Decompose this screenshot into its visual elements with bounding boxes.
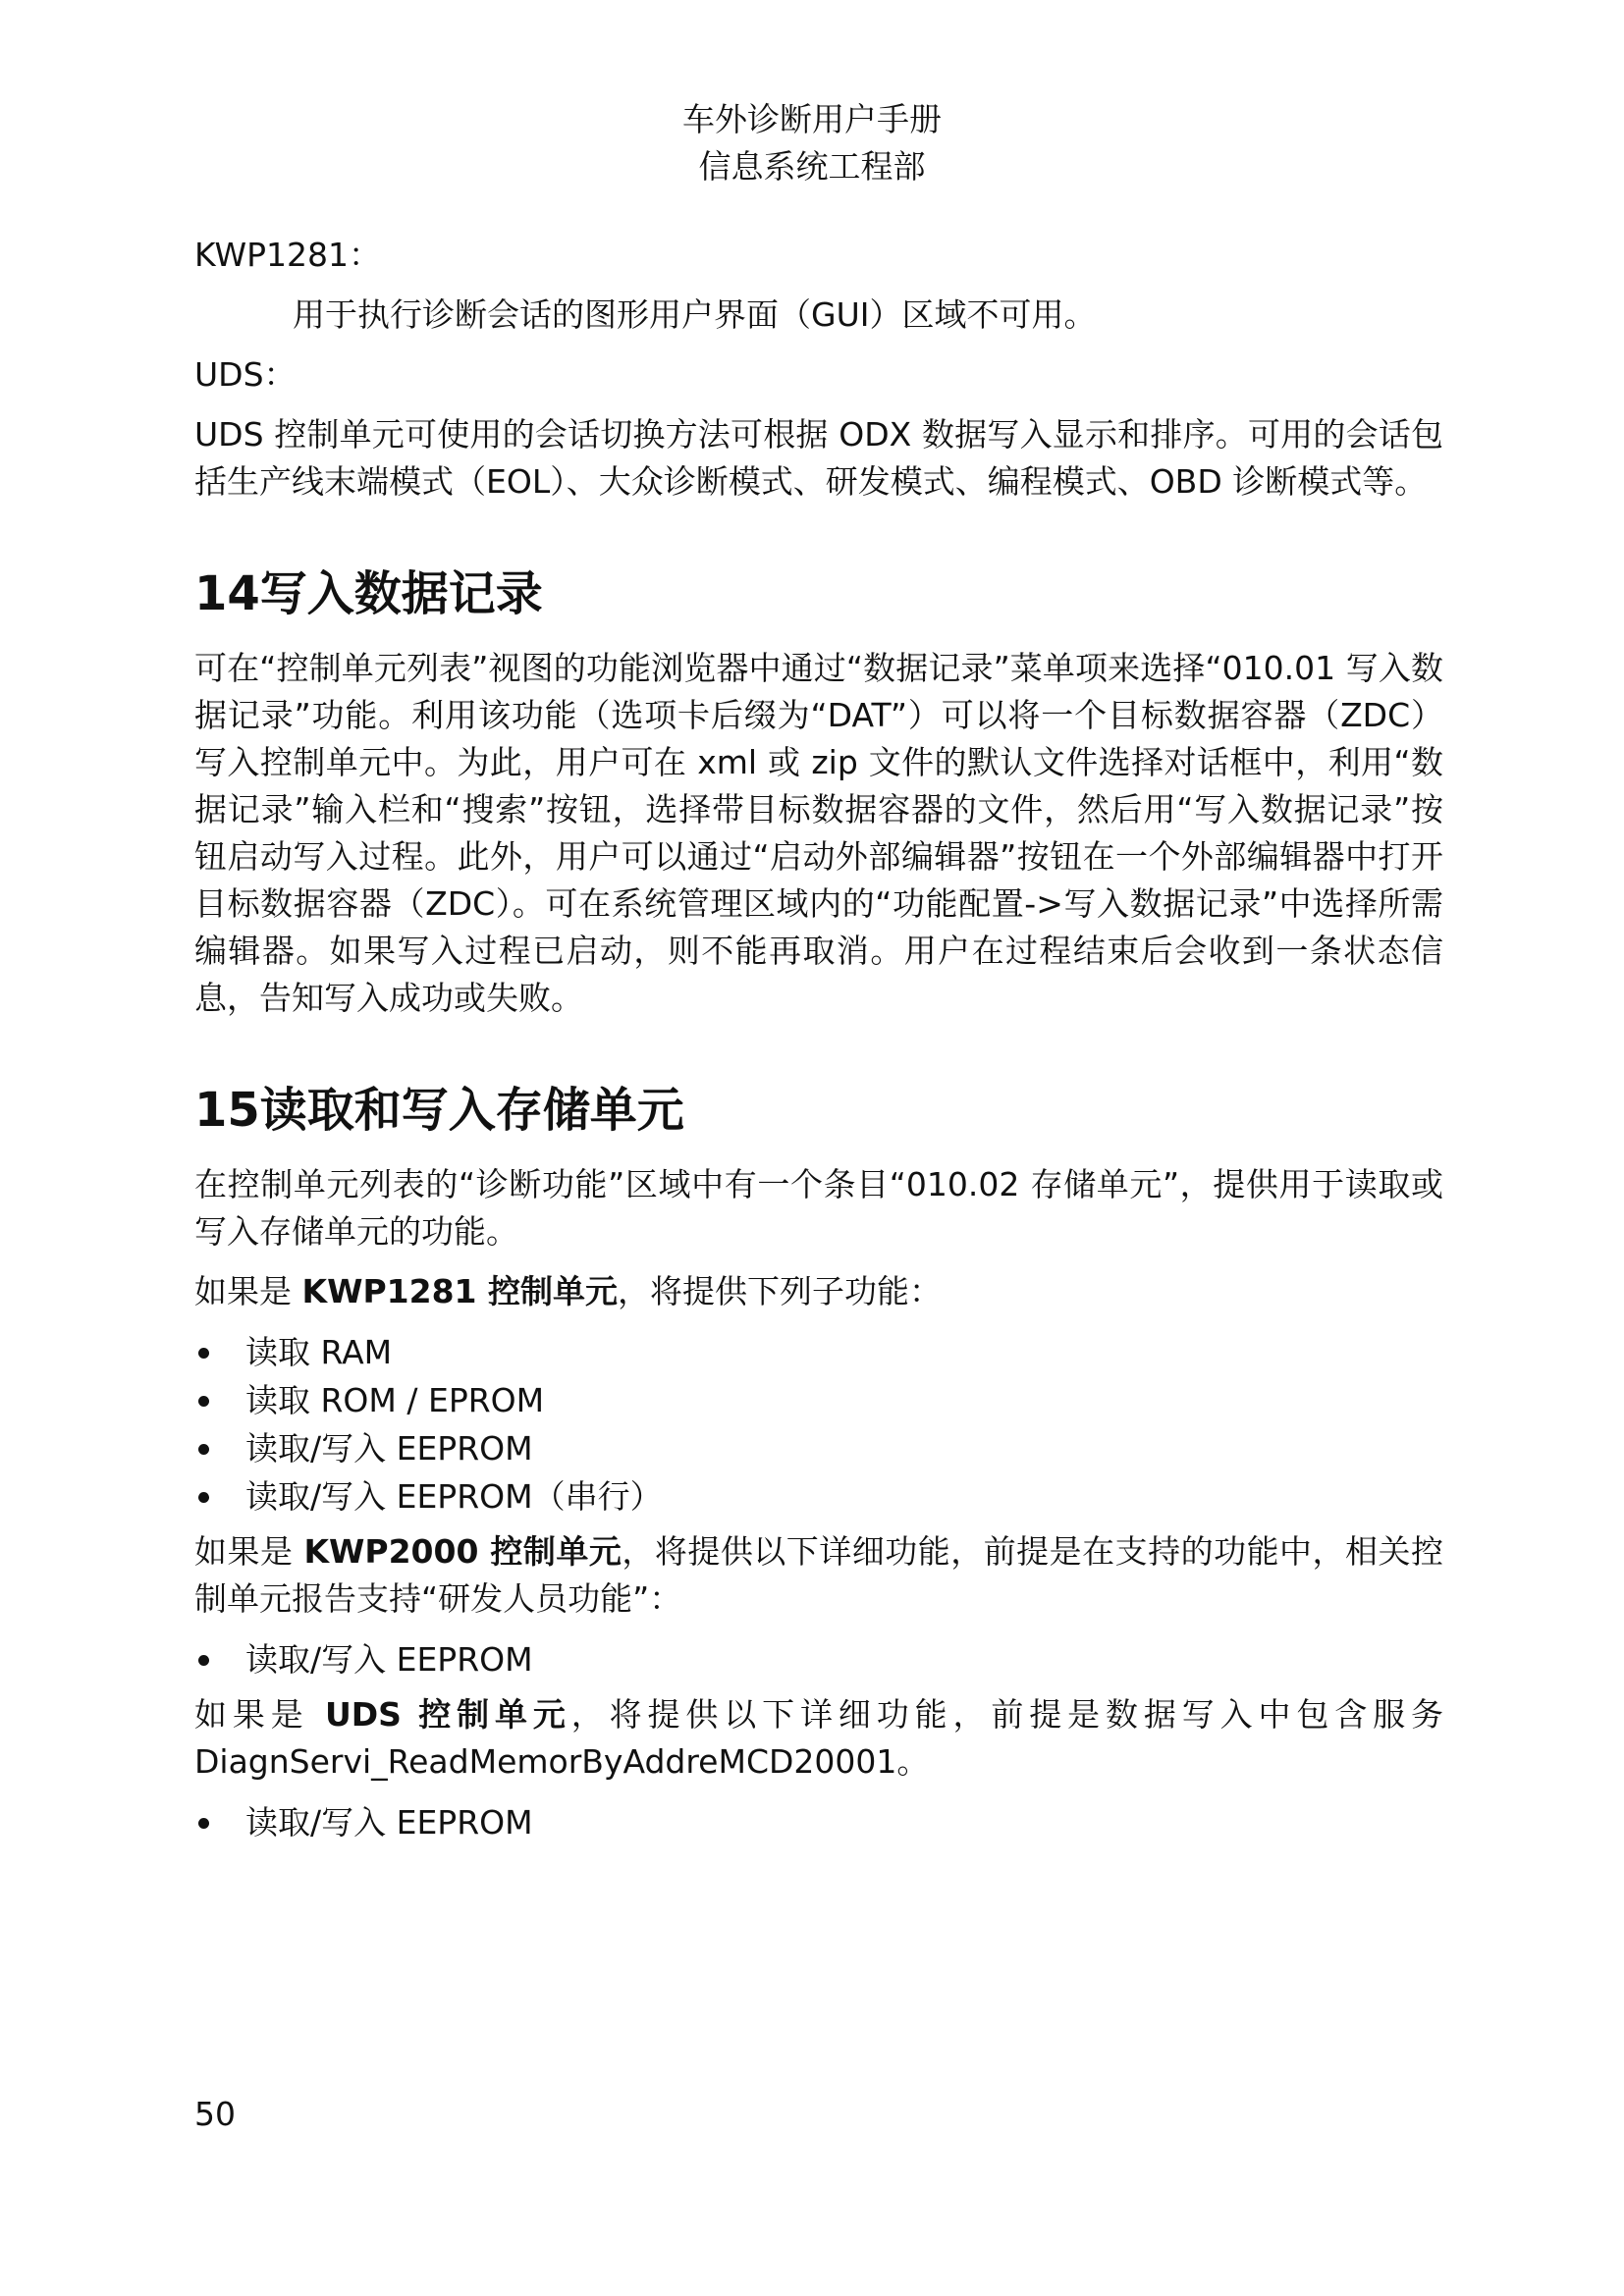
- document-page: 车外诊断用户手册 信息系统工程部 KWP1281： 用于执行诊断会话的图形用户界…: [0, 0, 1624, 2296]
- bullet-icon: [198, 1396, 209, 1407]
- kwp2000-intro: 如果是 KWP2000 控制单元，将提供以下详细功能，前提是在支持的功能中，相关…: [194, 1528, 1443, 1623]
- section-14-paragraph: 可在“控制单元列表”视图的功能浏览器中通过“数据记录”菜单项来选择“010.01…: [194, 645, 1443, 1022]
- list-item: 读取/写入 EEPROM（串行）: [194, 1472, 1443, 1521]
- uds-text: UDS 控制单元可使用的会话切换方法可根据 ODX 数据写入显示和排序。可用的会…: [194, 411, 1443, 506]
- list-item-text: 读取/写入 EEPROM: [245, 1429, 533, 1468]
- list-item-text: 读取 RAM: [245, 1333, 392, 1371]
- kwp1281-suffix: ，将提供下列子功能：: [618, 1272, 942, 1310]
- uds-prefix: 如果是: [194, 1695, 325, 1734]
- section-15-heading: 15读取和写入存储单元: [194, 1081, 1443, 1140]
- list-item: 读取/写入 EEPROM: [194, 1798, 1443, 1846]
- kwp1281-function-list: 读取 RAM 读取 ROM / EPROM 读取/写入 EEPROM 读取/写入…: [194, 1328, 1443, 1521]
- uds-bold: UDS 控制单元: [325, 1695, 571, 1734]
- list-item-text: 读取/写入 EEPROM: [245, 1803, 533, 1842]
- bullet-icon: [198, 1444, 209, 1455]
- list-item: 读取 RAM: [194, 1328, 1443, 1376]
- kwp1281-label: KWP1281：: [194, 232, 1443, 279]
- uds-function-list: 读取/写入 EEPROM: [194, 1798, 1443, 1846]
- kwp2000-function-list: 读取/写入 EEPROM: [194, 1635, 1443, 1683]
- bullet-icon: [198, 1655, 209, 1666]
- uds-label: UDS：: [194, 351, 1443, 399]
- kwp1281-intro: 如果是 KWP1281 控制单元，将提供下列子功能：: [194, 1268, 1443, 1315]
- kwp2000-bold: KWP2000 控制单元: [303, 1532, 622, 1571]
- uds-intro: 如果是 UDS 控制单元，将提供以下详细功能，前提是数据写入中包含服务 Diag…: [194, 1691, 1443, 1786]
- header-department: 信息系统工程部: [0, 143, 1624, 190]
- list-item: 读取/写入 EEPROM: [194, 1635, 1443, 1683]
- bullet-icon: [198, 1818, 209, 1829]
- page-header: 车外诊断用户手册 信息系统工程部: [0, 96, 1624, 190]
- kwp1281-text: 用于执行诊断会话的图形用户界面（GUI）区域不可用。: [194, 292, 1443, 339]
- header-title: 车外诊断用户手册: [0, 96, 1624, 143]
- kwp1281-bold: KWP1281 控制单元: [302, 1272, 619, 1310]
- list-item-text: 读取 ROM / EPROM: [245, 1381, 544, 1419]
- section-14-heading: 14写入数据记录: [194, 564, 1443, 623]
- list-item: 读取 ROM / EPROM: [194, 1376, 1443, 1424]
- kwp1281-prefix: 如果是: [194, 1272, 302, 1310]
- bullet-icon: [198, 1348, 209, 1359]
- page-content: KWP1281： 用于执行诊断会话的图形用户界面（GUI）区域不可用。 UDS：…: [194, 232, 1443, 1854]
- bullet-icon: [198, 1492, 209, 1503]
- page-number: 50: [194, 2091, 236, 2138]
- section-15-paragraph: 在控制单元列表的“诊断功能”区域中有一个条目“010.02 存储单元”，提供用于…: [194, 1161, 1443, 1255]
- list-item-text: 读取/写入 EEPROM: [245, 1640, 533, 1679]
- list-item-text: 读取/写入 EEPROM（串行）: [245, 1477, 663, 1516]
- list-item: 读取/写入 EEPROM: [194, 1424, 1443, 1472]
- kwp2000-prefix: 如果是: [194, 1532, 303, 1571]
